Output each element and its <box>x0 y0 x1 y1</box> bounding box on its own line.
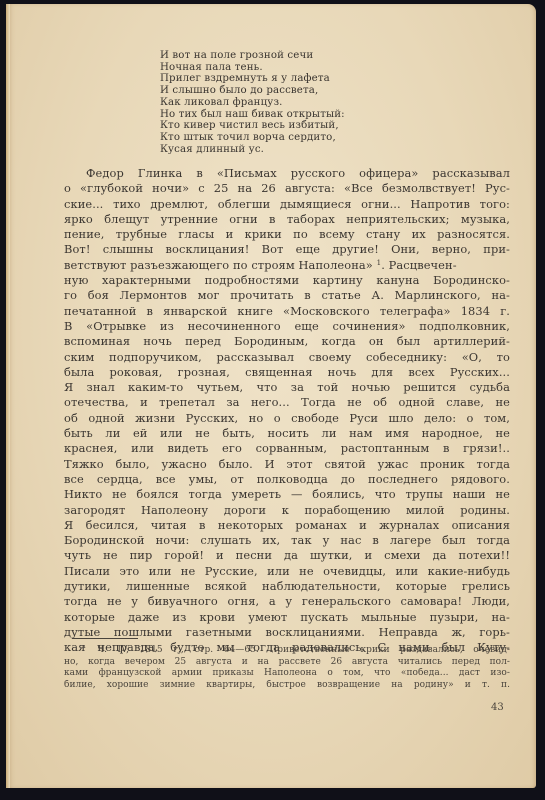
footnote-mark: 1 <box>82 645 87 650</box>
text-line: о «глубокой ночи» с 25 на 26 августа: «В… <box>64 181 510 196</box>
text-line: Тяжко было, ужасно было. И этот святой у… <box>64 457 510 472</box>
text-line: ским подпоручиком, рассказывал своему со… <box>64 350 510 365</box>
footnote: 1 Ч. IV, 1815 г., стр. 64—65. Приветстве… <box>64 645 510 691</box>
footnote-line: но, когда вечером 25 августа и на рассве… <box>64 657 510 669</box>
poem-epigraph: И вот на поле грозной сечи Ночная пала т… <box>160 50 345 155</box>
text-line: печатанной в январской книге «Московског… <box>64 304 510 319</box>
text-line: Я знал каким-то чутьем, что за той ночью… <box>64 380 510 395</box>
book-page: И вот на поле грозной сечи Ночная пала т… <box>6 4 536 788</box>
poem-line: Ночная пала тень. <box>160 62 345 74</box>
footnote-divider <box>72 638 138 639</box>
text-line: об одной жизни Русских, но о свободе Рус… <box>64 411 510 426</box>
text-line: была роковая, грозная, священная ночь дл… <box>64 365 510 380</box>
text-line: быть ли ей или не быть, носить ли нам им… <box>64 426 510 441</box>
text-line: дутики, лишенные всякой наблюдательности… <box>64 579 510 594</box>
footnote-text: Ч. IV, 1815 г., стр. 64—65. Приветственн… <box>97 645 510 655</box>
text-line: загородят Наполеону дороги к порабощению… <box>64 503 510 518</box>
text-line: вспоминая ночь перед Бородиным, когда он… <box>64 334 510 349</box>
footnote-line: билие, хорошие зимние квартиры, быстрое … <box>64 680 510 692</box>
page-spine-shadow <box>6 4 10 788</box>
text-segment: ветствуют разъезжающего по строям Наполе… <box>64 258 373 272</box>
poem-line: Прилег вздремнуть я у лафета <box>160 73 345 85</box>
text-line: Вот! слышны восклицания! Вот еще другие!… <box>64 242 510 257</box>
text-line: го боя Лермонтов мог прочитать в статье … <box>64 288 510 303</box>
text-segment: . Расцвечен- <box>381 258 456 272</box>
text-line: Бородинской ночи: слушать их, так у нас … <box>64 533 510 548</box>
text-line: Федор Глинка в «Письмах русского офицера… <box>64 166 510 181</box>
text-line: чуть не пир горой! и песни да шутки, и с… <box>64 548 510 563</box>
body-paragraph: Федор Глинка в «Письмах русского офицера… <box>64 166 510 656</box>
text-line: отечества, и трепетал за него... Тогда н… <box>64 395 510 410</box>
poem-line: Кто штык точил ворча сердито, <box>160 132 345 144</box>
text-line: тогда не у бивуачного огня, а у генераль… <box>64 594 510 609</box>
text-line: краснея, или видеть его сорванным, расто… <box>64 441 510 456</box>
footnote-line: 1 Ч. IV, 1815 г., стр. 64—65. Приветстве… <box>64 645 510 657</box>
poem-line: И слышно было до рассвета, <box>160 85 345 97</box>
text-line: ярко блещут утренние огни в таборах непр… <box>64 212 510 227</box>
text-line: пение, трубные гласы и крики по всему ст… <box>64 227 510 242</box>
poem-line: Кто кивер чистил весь избитый, <box>160 120 345 132</box>
text-line: Писали это или не Русские, или не очевид… <box>64 564 510 579</box>
text-line-with-footnote: ветствуют разъезжающего по строям Наполе… <box>64 258 510 273</box>
text-line: Никто не боялся тогда умереть — боялись,… <box>64 487 510 502</box>
text-line: которые даже из крови умеют пускать мыль… <box>64 610 510 625</box>
poem-line: Но тих был наш бивак открытый: <box>160 109 345 121</box>
text-line: В «Отрывке из несочиненного еще сочинени… <box>64 319 510 334</box>
poem-line: Кусая длинный ус. <box>160 144 345 156</box>
text-line: все сердца, все умы, от полководца до по… <box>64 472 510 487</box>
text-line: ную характерными подробностями картину к… <box>64 273 510 288</box>
text-line: Я бесился, читая в некоторых романах и ж… <box>64 518 510 533</box>
text-line: ские... тихо дремлют, облегши дымящиеся … <box>64 197 510 212</box>
page-number: 43 <box>491 702 504 713</box>
footnote-line: ками французской армии приказы Наполеона… <box>64 668 510 680</box>
poem-line: Как ликовал француз. <box>160 97 345 109</box>
poem-line: И вот на поле грозной сечи <box>160 50 345 62</box>
